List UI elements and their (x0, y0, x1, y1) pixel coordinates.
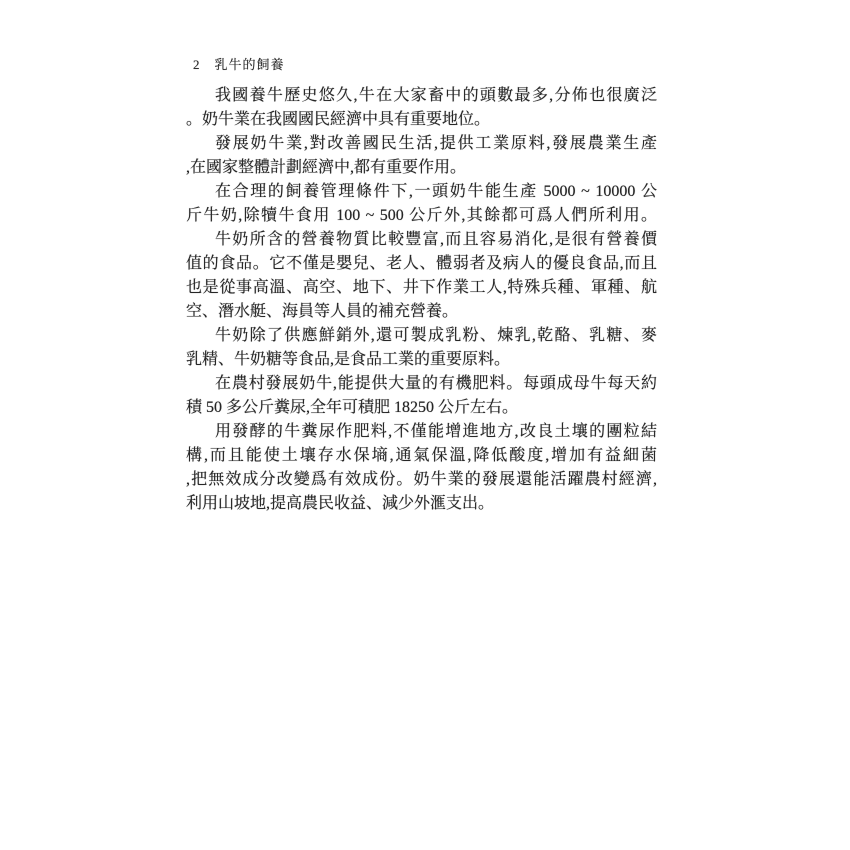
text-line: ,在國家整體計劃經濟中,都有重要作用。 (186, 156, 657, 180)
text-line: 利用山坡地,提高農民收益、減少外滙支出。 (186, 492, 657, 516)
text-line: 積 50 多公斤糞尿,全年可積肥 18250 公斤左右。 (186, 396, 657, 420)
text-line: 斤牛奶,除犢牛食用 100 ~ 500 公斤外,其餘都可爲人們所利用。 (186, 204, 657, 228)
text-line: 空、潛水艇、海員等人員的補充營養。 (186, 300, 657, 324)
text-line: 值的食品。它不僅是嬰兒、老人、體弱者及病人的優良食品,而且 (186, 252, 657, 276)
text-line: 發展奶牛業,對改善國民生活,提供工業原料,發展農業生產 (186, 132, 657, 156)
text-line: 牛奶所含的營養物質比較豐富,而且容易消化,是很有營養價 (186, 228, 657, 252)
text-line: 在合理的飼養管理條件下,一頭奶牛能生產 5000 ~ 10000 公 (186, 180, 657, 204)
text-line: 用發酵的牛糞尿作肥料,不僅能增進地方,改良土壤的團粒結 (186, 420, 657, 444)
page-header: 2乳牛的飼養 (193, 57, 285, 72)
book-page: 2乳牛的飼養 我國養牛歷史悠久,牛在大家畜中的頭數最多,分佈也很廣泛 。奶牛業在… (0, 0, 850, 850)
text-line: 也是從事高溫、高空、地下、井下作業工人,特殊兵種、軍種、航 (186, 276, 657, 300)
page-number: 2 (193, 57, 200, 72)
text-line: 牛奶除了供應鮮銷外,還可製成乳粉、煉乳,乾酪、乳糖、麥 (186, 324, 657, 348)
text-line: 構,而且能使土壤存水保墒,通氣保溫,降低酸度,增加有益細菌 (186, 444, 657, 468)
text-line: 。奶牛業在我國國民經濟中具有重要地位。 (186, 108, 657, 132)
text-line: 在農村發展奶牛,能提供大量的有機肥料。每頭成母牛每天約 (186, 372, 657, 396)
running-title: 乳牛的飼養 (215, 57, 285, 72)
body-text: 我國養牛歷史悠久,牛在大家畜中的頭數最多,分佈也很廣泛 。奶牛業在我國國民經濟中… (186, 84, 657, 516)
text-line: 我國養牛歷史悠久,牛在大家畜中的頭數最多,分佈也很廣泛 (186, 84, 657, 108)
text-line: 乳精、牛奶糖等食品,是食品工業的重要原料。 (186, 348, 657, 372)
text-line: ,把無效成分改變爲有效成份。奶牛業的發展還能活躍農村經濟, (186, 468, 657, 492)
